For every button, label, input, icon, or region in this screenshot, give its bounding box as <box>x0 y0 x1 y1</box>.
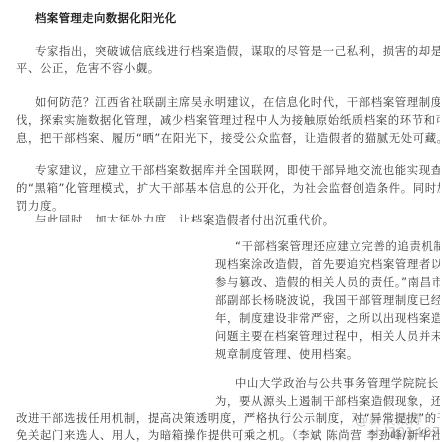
paragraph-6-line-2: 为，要从源头上遏制干部档案造假现象，还需进一步 <box>215 394 440 408</box>
article-image-placeholder <box>0 222 205 392</box>
paragraph-3-line-2: 的“黑箱”化管理模式，扩大干部基本信息的公开化，为社会监督创造条件。同时加强对造… <box>16 181 440 195</box>
paragraph-1-line-1: 专家指出，突破诚信底线进行档案造假，谋取的尽管是一己私利，损害的却是干部选拔任用… <box>35 44 440 58</box>
paragraph-2-line-3: 息，把干部档案、履历“晒”在阳光下，接受公众监督，让造假者的猫腻无处可藏。 <box>16 131 440 145</box>
paragraph-3-line-1: 专家建议，应建立干部档案数据库并全国联网，即使干部异地交流也能实现查询。改变人事… <box>35 163 440 177</box>
article-heading: 档案管理走向数据化阳光化 <box>35 11 177 25</box>
paragraph-5-line-3: 参与篡改、造假的相关人员的责任。”南昌市委组织 <box>215 275 440 289</box>
paragraph-1-line-2: 平、公正，危害不容小觑。 <box>16 61 160 75</box>
paragraph-5-line-5: 年，制度建设非常严密，之所以出现档案造假情况， <box>215 311 440 325</box>
paragraph-5-line-2: 现档案涂改造假，首先要追究档案管理者以及授意或 <box>215 257 440 271</box>
paragraph-5-line-7: 规章制度管理、使用档案。 <box>215 347 359 361</box>
paragraph-5-line-1: “干部档案管理还应建立完善的追责机制，如出 <box>235 239 440 253</box>
paragraph-2-line-1: 如何防范？江西省社联副主席吴永明建议，在信息化时代，干部档案管理制度建设要跟上信… <box>35 95 440 109</box>
paragraph-6-line-1: 中山大学政治与公共事务管理学院院长肖滨认 <box>235 376 440 390</box>
paragraph-5-line-6: 问题主要在档案管理过程中，相关人员并未严格按照 <box>215 329 440 343</box>
paragraph-5-line-4: 部副部长杨晓波说，我国干部管理制度已经运行多 <box>215 293 440 307</box>
watermark-id: shl201407 <box>368 426 440 441</box>
paragraph-2-line-2: 伐，探索实施数据化管理，减少档案管理过程中人为接触原始纸质档案的环节和可能。进一… <box>16 113 440 127</box>
newspaper-article: 档案管理走向数据化阳光化 专家指出，突破诚信底线进行档案造假，谋取的尽管是一己私… <box>0 0 440 442</box>
paragraph-3-line-3: 罚力度。 <box>16 199 64 213</box>
